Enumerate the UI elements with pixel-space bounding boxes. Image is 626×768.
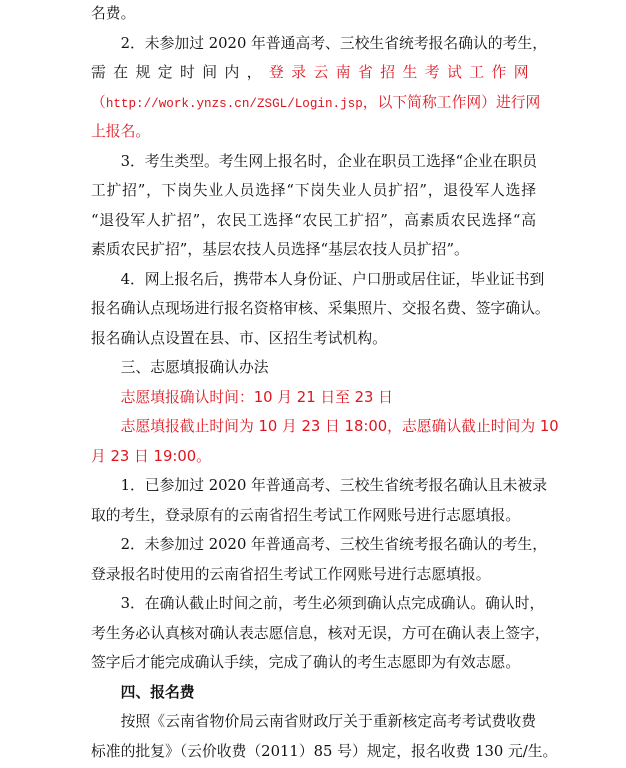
paragraph-deadlines: 志愿填报截止时间为 10 月 23 日 18:00，志愿确认截止时间为 10 月… xyxy=(91,412,536,471)
text-line: 4．网上报名后，携带本人身份证、户口册或居住证，毕业证书到 xyxy=(91,265,536,295)
highlight-login-website: 登录云南省招生考试工作网 xyxy=(269,64,536,81)
text-line: 按照《云南省物价局云南省财政厅关于重新核定高考考试费收费 xyxy=(91,707,536,737)
text-segment: 3．考生类型。考生网上报名时，企业在职员工选择“企业在职员 xyxy=(121,153,538,170)
text-line: 报名确认点现场进行报名资格审核、采集照片、交报名费、签字确认。 xyxy=(91,294,536,324)
paragraph-candidate-types: 3．考生类型。考生网上报名时，企业在职员工选择“企业在职员 工扩招”，下岗失业人… xyxy=(91,147,536,265)
text-line: 1．已参加过 2020 年普通高考、三校生省统考报名确认且未被录 xyxy=(91,471,536,501)
text-segment: 1．已参加过 2020 年普通高考、三校生省统考报名确认且未被录 xyxy=(121,477,547,494)
section-4-heading: 四、报名费 xyxy=(91,678,536,708)
text-line: 工扩招”，下岗失业人员选择“下岗失业人员扩招”，退役军人选择 xyxy=(91,176,536,206)
text-segment: 需在规定时间内， xyxy=(91,64,269,81)
text-line: 2．未参加过 2020 年普通高考、三校生省统考报名确认的考生， xyxy=(91,29,536,59)
text-segment: “退役军人扩招”，农民工选择“农民工扩招”，高素质农民选择“高 xyxy=(91,212,536,229)
paragraph-onsite-confirmation: 4．网上报名后，携带本人身份证、户口册或居住证，毕业证书到 报名确认点现场进行报… xyxy=(91,265,536,354)
section-heading: 四、报名费 xyxy=(91,678,536,708)
text-segment: 报名确认点现场进行报名资格审核、采集照片、交报名费、签字确认。 xyxy=(91,300,550,317)
text-segment: 2．未参加过 2020 年普通高考、三校生省统考报名确认的考生， xyxy=(121,536,547,553)
text-line: 志愿填报确认时间：10 月 21 日至 23 日 xyxy=(91,383,536,413)
heading-text: 三、志愿填报确认办法 xyxy=(121,359,269,376)
text-line: 需在规定时间内，登录云南省招生考试工作网 xyxy=(91,58,536,88)
paragraph-registration-fee: 按照《云南省物价局云南省财政厅关于重新核定高考考试费收费 标准的批复》（云价收费… xyxy=(91,707,536,766)
text-line: 素质农民扩招”，基层农技人员选择“基层农技人员扩招”。 xyxy=(91,235,536,265)
paragraph-registration-item-2: 2．未参加过 2020 年普通高考、三校生省统考报名确认的考生， 需在规定时间内… xyxy=(91,29,536,147)
text-segment: 标准的批复》（云价收费（2011）85 号）规定，报名收费 130 元/生。 xyxy=(91,743,557,760)
section-heading: 三、志愿填报确认办法 xyxy=(91,353,536,383)
text-segment: 取的考生，登录原有的云南省招生考试工作网账号进行志愿填报。 xyxy=(91,507,520,524)
text-line: （http://work.ynzs.cn/ZSGL/Login.jsp，以下简称… xyxy=(91,88,536,118)
website-url: http://work.ynzs.cn/ZSGL/Login.jsp xyxy=(106,97,363,111)
text-line: 上报名。 xyxy=(91,117,536,147)
paragraph-confirmation-period: 志愿填报确认时间：10 月 21 日至 23 日 xyxy=(91,383,536,413)
heading-text: 四、报名费 xyxy=(121,684,195,701)
text-segment: 工扩招”，下岗失业人员选择“下岗失业人员扩招”，退役军人选择 xyxy=(91,182,536,199)
text-line: 考生务必认真核对确认表志愿信息，核对无误，方可在确认表上签字， xyxy=(91,619,536,649)
text-line: 标准的批复》（云价收费（2011）85 号）规定，报名收费 130 元/生。 xyxy=(91,737,536,767)
paragraph-registration-item-1-tail: 名费。 xyxy=(91,0,536,29)
text-segment: 上报名。 xyxy=(91,123,150,140)
text-segment: 素质农民扩招”，基层农技人员选择“基层农技人员扩招”。 xyxy=(91,241,469,258)
paragraph-preference-item-1: 1．已参加过 2020 年普通高考、三校生省统考报名确认且未被录 取的考生，登录… xyxy=(91,471,536,530)
text-segment: 志愿填报确认时间：10 月 21 日至 23 日 xyxy=(121,389,393,406)
text-line: 签字后才能完成确认手续，完成了确认的考生志愿即为有效志愿。 xyxy=(91,648,536,678)
paragraph-preference-item-2: 2．未参加过 2020 年普通高考、三校生省统考报名确认的考生， 登录报名时使用… xyxy=(91,530,536,589)
text-segment: 2．未参加过 2020 年普通高考、三校生省统考报名确认的考生， xyxy=(121,35,547,52)
text-segment: 4．网上报名后，携带本人身份证、户口册或居住证，毕业证书到 xyxy=(121,271,545,288)
text-line: 3．在确认截止时间之前，考生必须到确认点完成确认。确认时， xyxy=(91,589,536,619)
text-line: “退役军人扩招”，农民工选择“农民工扩招”，高素质农民选择“高 xyxy=(91,206,536,236)
text-segment: 月 23 日 19:00。 xyxy=(91,448,211,465)
text-segment: 志愿填报截止时间为 10 月 23 日 18:00，志愿确认截止时间为 10 xyxy=(121,418,559,435)
text-segment: ，以下简称工作网）进行网 xyxy=(363,94,541,111)
text-line: 报名确认点设置在县、市、区招生考试机构。 xyxy=(91,324,536,354)
text-line: 月 23 日 19:00。 xyxy=(91,442,536,472)
section-3-heading: 三、志愿填报确认办法 xyxy=(91,353,536,383)
text-segment: 登录报名时使用的云南省招生考试工作网账号进行志愿填报。 xyxy=(91,566,491,583)
text-segment: 考生务必认真核对确认表志愿信息，核对无误，方可在确认表上签字， xyxy=(91,625,550,642)
text-line: 3．考生类型。考生网上报名时，企业在职员工选择“企业在职员 xyxy=(91,147,536,177)
open-paren: （ xyxy=(91,94,106,111)
text-line: 2．未参加过 2020 年普通高考、三校生省统考报名确认的考生， xyxy=(91,530,536,560)
text-segment: 签字后才能完成确认手续，完成了确认的考生志愿即为有效志愿。 xyxy=(91,654,520,671)
text-segment: 3．在确认截止时间之前，考生必须到确认点完成确认。确认时， xyxy=(121,595,545,612)
text-segment: 名费。 xyxy=(91,5,135,22)
text-segment: 报名确认点设置在县、市、区招生考试机构。 xyxy=(91,330,387,347)
text-line: 名费。 xyxy=(91,0,536,29)
paragraph-preference-item-3: 3．在确认截止时间之前，考生必须到确认点完成确认。确认时， 考生务必认真核对确认… xyxy=(91,589,536,678)
text-line: 取的考生，登录原有的云南省招生考试工作网账号进行志愿填报。 xyxy=(91,501,536,531)
text-line: 登录报名时使用的云南省招生考试工作网账号进行志愿填报。 xyxy=(91,560,536,590)
document-page: 名费。 2．未参加过 2020 年普通高考、三校生省统考报名确认的考生， 需在规… xyxy=(91,0,536,766)
text-segment: 按照《云南省物价局云南省财政厅关于重新核定高考考试费收费 xyxy=(121,713,536,730)
text-line: 志愿填报截止时间为 10 月 23 日 18:00，志愿确认截止时间为 10 xyxy=(91,412,536,442)
